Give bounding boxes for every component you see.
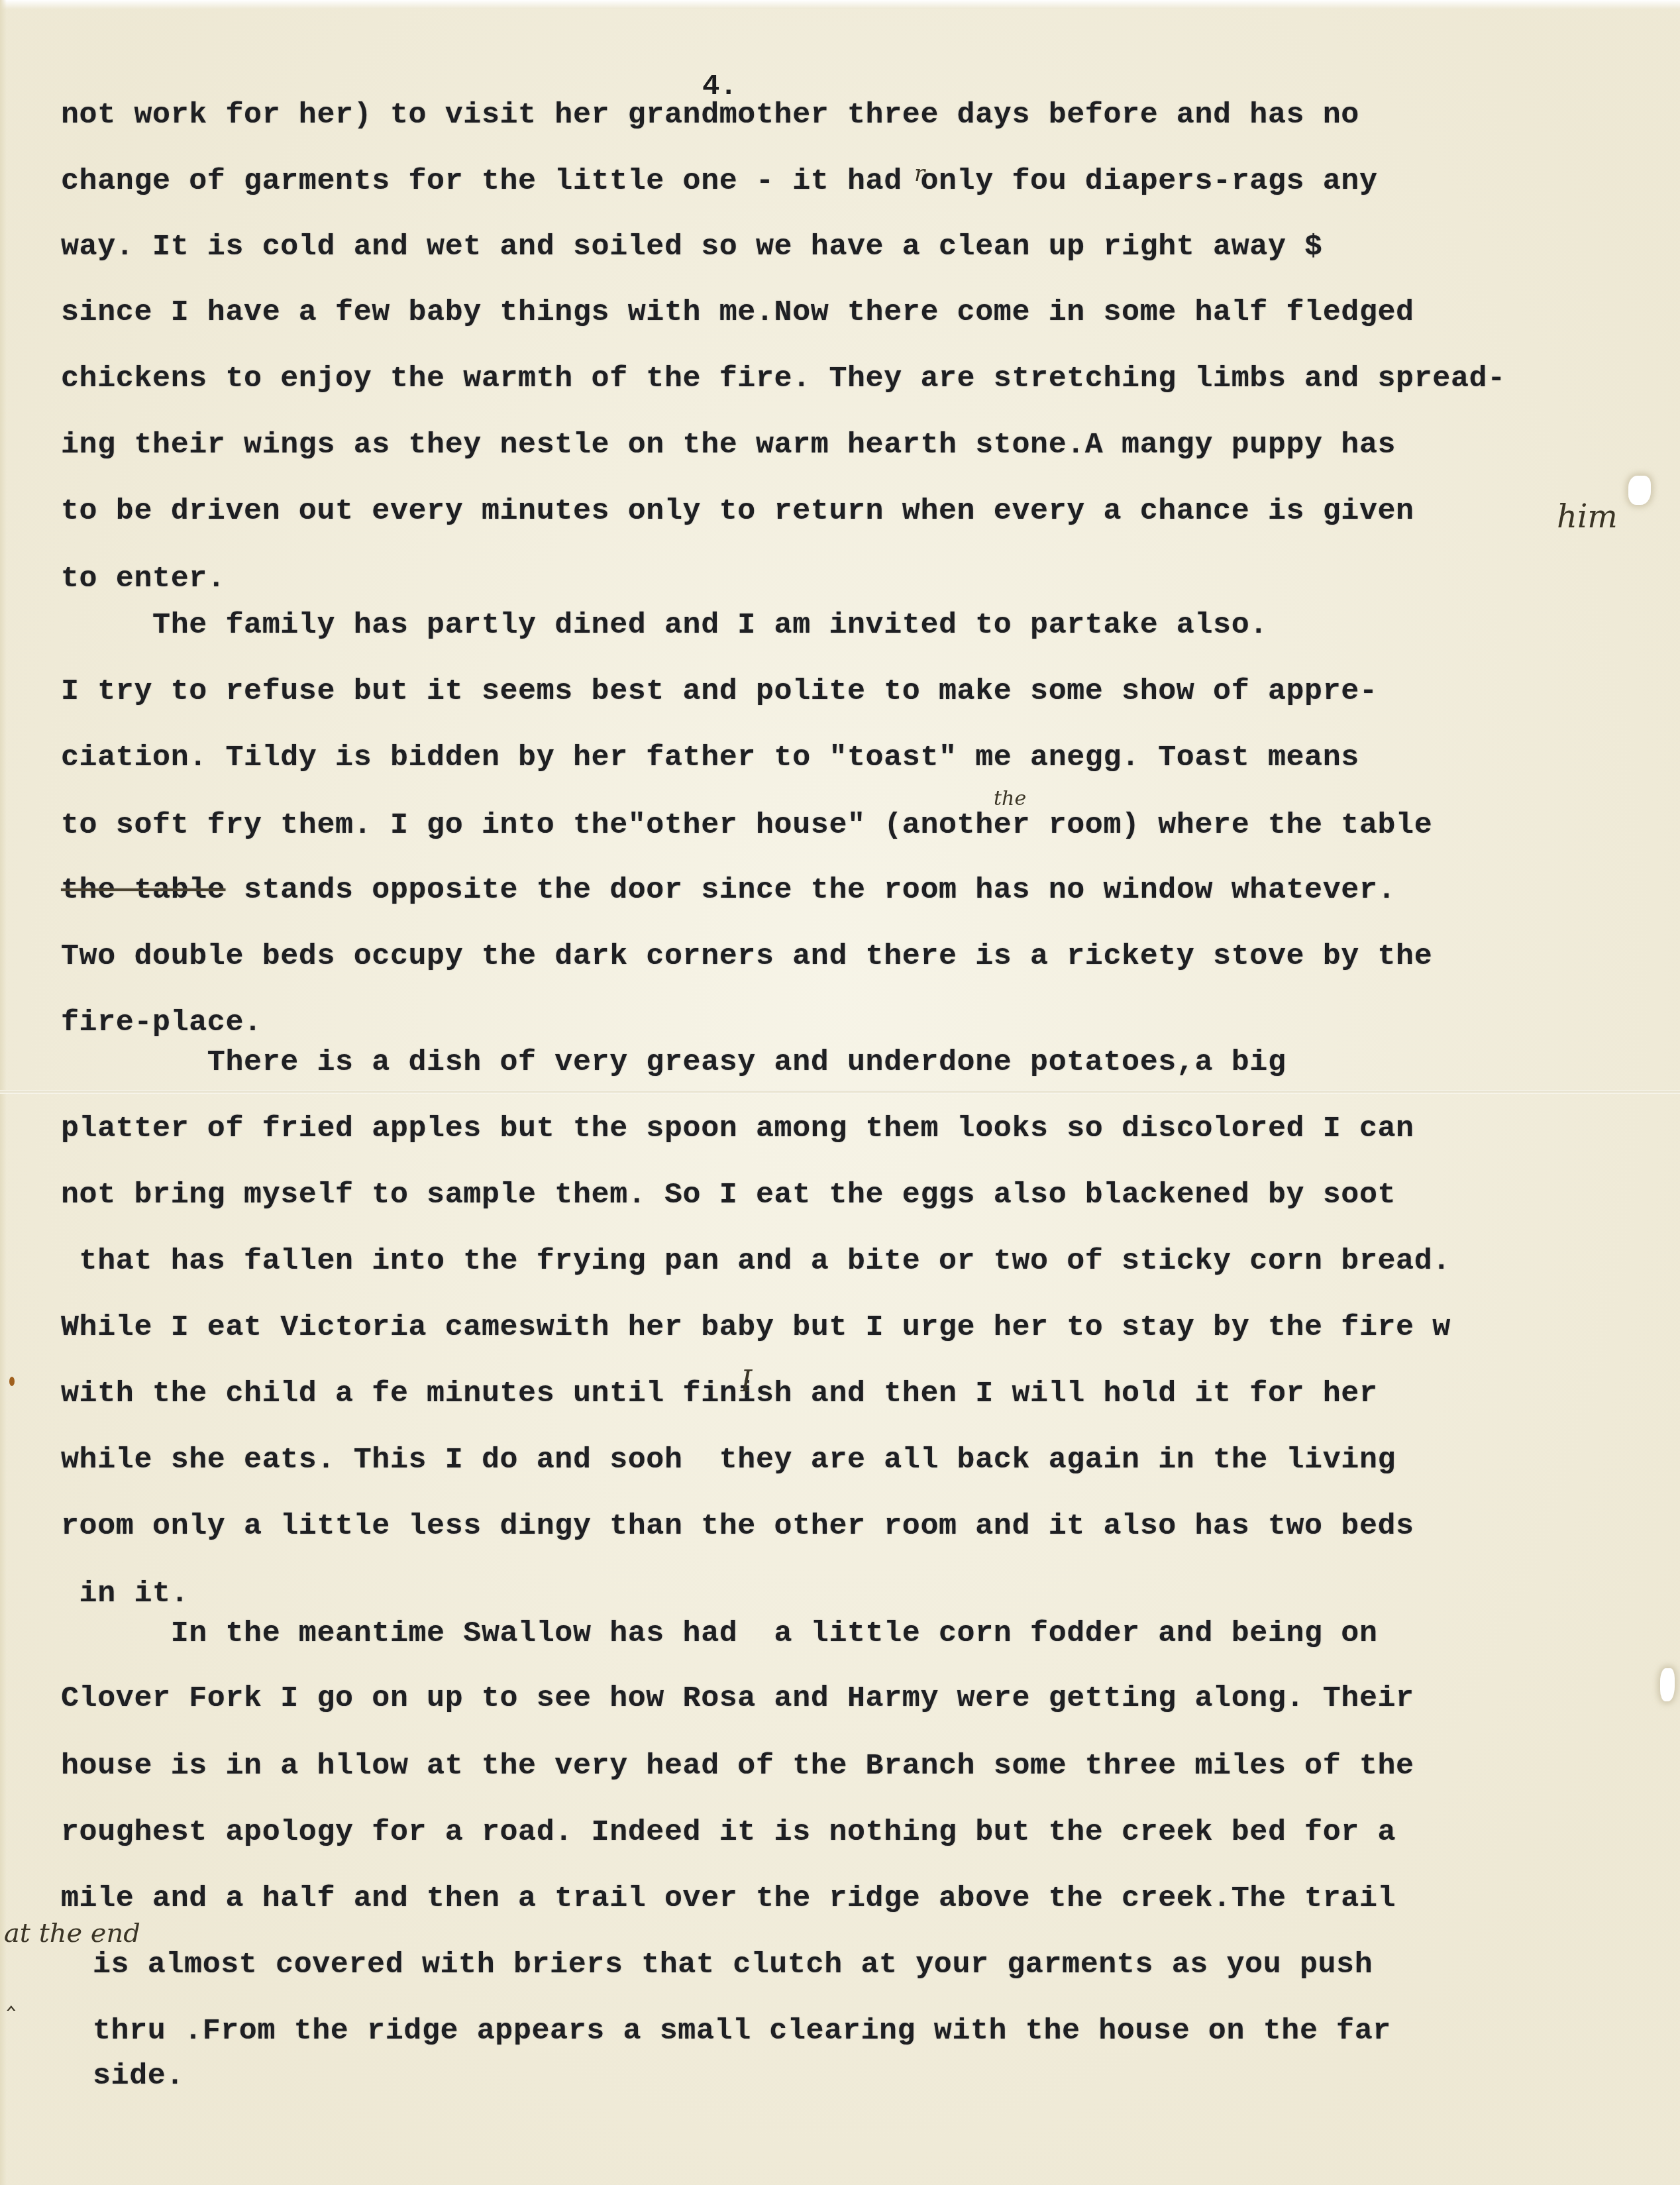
typed-line: since I have a few baby things with me.N… <box>61 295 1414 329</box>
typed-line: way. It is cold and wet and soiled so we… <box>61 230 1323 264</box>
typed-line: not bring myself to sample them. So I ea… <box>61 1178 1396 1212</box>
typed-line: to enter. <box>61 562 225 596</box>
typed-line: room only a little less dingy than the o… <box>61 1509 1414 1543</box>
typed-line: There is a dish of very greasy and under… <box>61 1045 1286 1079</box>
typed-line: side. <box>93 2059 184 2093</box>
ink-spot <box>9 1377 15 1386</box>
paper-tear-lower <box>1660 1668 1675 1701</box>
typed-line: to soft fry them. I go into the"other ho… <box>61 808 1432 842</box>
typed-line: mile and a half and then a trail over th… <box>61 1882 1396 1915</box>
typed-line: While I eat Victoria cameswith her baby … <box>61 1310 1451 1344</box>
typed-line: The family has partly dined and I am inv… <box>61 608 1268 642</box>
handwritten-caret: ‸ <box>7 1981 16 2011</box>
typed-line: In the meantime Swallow has had a little… <box>61 1617 1378 1650</box>
typed-line: fire-place. <box>61 1006 262 1039</box>
typed-line: is almost covered with briers that clutc… <box>93 1948 1373 1982</box>
typed-line: that has fallen into the frying pan and … <box>61 1244 1451 1278</box>
typed-line: house is in a hllow at the very head of … <box>61 1749 1414 1783</box>
handwritten-insert-him: him <box>1557 498 1618 535</box>
typed-line: roughest apology for a road. Indeed it i… <box>61 1815 1396 1849</box>
handwritten-insert-r: r <box>914 160 925 187</box>
typed-line: the table stands opposite the door since… <box>61 873 1396 907</box>
typed-line: change of garments for the little one - … <box>61 164 1378 198</box>
typed-line: I try to refuse but it seems best and po… <box>61 674 1378 708</box>
typed-line: thru .From the ridge appears a small cle… <box>93 2014 1391 2048</box>
typed-line: platter of fried apples but the spoon am… <box>61 1112 1414 1146</box>
typed-line: ciation. Tildy is bidden by her father t… <box>61 741 1359 774</box>
typed-line: ing their wings as they nestle on the wa… <box>61 428 1396 462</box>
typed-line: Clover Fork I go on up to see how Rosa a… <box>61 1681 1414 1715</box>
handwritten-insert-the: the <box>994 787 1026 810</box>
handwritten-insert-i: I <box>741 1365 752 1399</box>
typed-line: Two double beds occupy the dark corners … <box>61 939 1432 973</box>
typed-line: in it. <box>61 1577 189 1611</box>
fold-crease <box>0 1090 1680 1094</box>
page-top-edge <box>0 0 1680 9</box>
typed-line: not work for her) to visit her grandmoth… <box>61 98 1359 132</box>
handwritten-margin-note: at the end <box>4 1918 140 1948</box>
paper-tear <box>1628 476 1651 505</box>
typed-line: with the child a fe minutes until finish… <box>61 1377 1378 1411</box>
typed-line: chickens to enjoy the warmth of the fire… <box>61 362 1506 396</box>
struck-text: the table <box>61 873 225 907</box>
typed-line: while she eats. This I do and sooh they … <box>61 1443 1396 1477</box>
typed-line: to be driven out every minutes only to r… <box>61 494 1414 528</box>
